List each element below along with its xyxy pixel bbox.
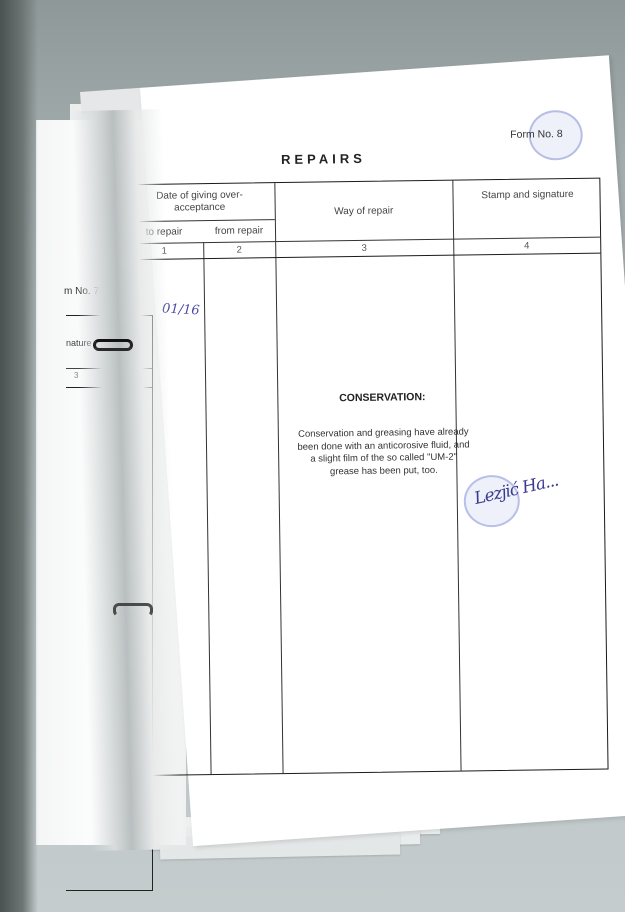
- header-from-repair: from repair: [203, 225, 275, 238]
- column-number-2: 2: [203, 244, 275, 256]
- binder-ring-icon: [113, 603, 153, 617]
- binder-photo: m No. 7 nature 3 Form No. 8 REPAIRS: [0, 0, 625, 912]
- left-shadow: [0, 0, 38, 912]
- left-column-number: 3: [74, 371, 78, 380]
- right-page-content: Form No. 8 REPAIRS Date of giving over-a…: [140, 81, 621, 847]
- page-title: REPAIRS: [281, 151, 366, 167]
- column-divider: [203, 242, 211, 774]
- repairs-table: Date of giving over-acceptance to repair…: [123, 178, 608, 777]
- conservation-title: CONSERVATION:: [307, 391, 457, 405]
- column-number-4: 4: [453, 240, 600, 253]
- column-divider: [274, 183, 283, 773]
- right-page: Form No. 8 REPAIRS Date of giving over-a…: [140, 55, 625, 846]
- column-number-3: 3: [275, 242, 453, 255]
- conservation-description: Conservation and greasing have already b…: [296, 426, 472, 478]
- header-stamp-signature: Stamp and signature: [472, 189, 582, 203]
- form-number: Form No. 8: [510, 128, 563, 141]
- header-way-of-repair: Way of repair: [275, 205, 453, 219]
- binder-ring-icon: [93, 339, 133, 351]
